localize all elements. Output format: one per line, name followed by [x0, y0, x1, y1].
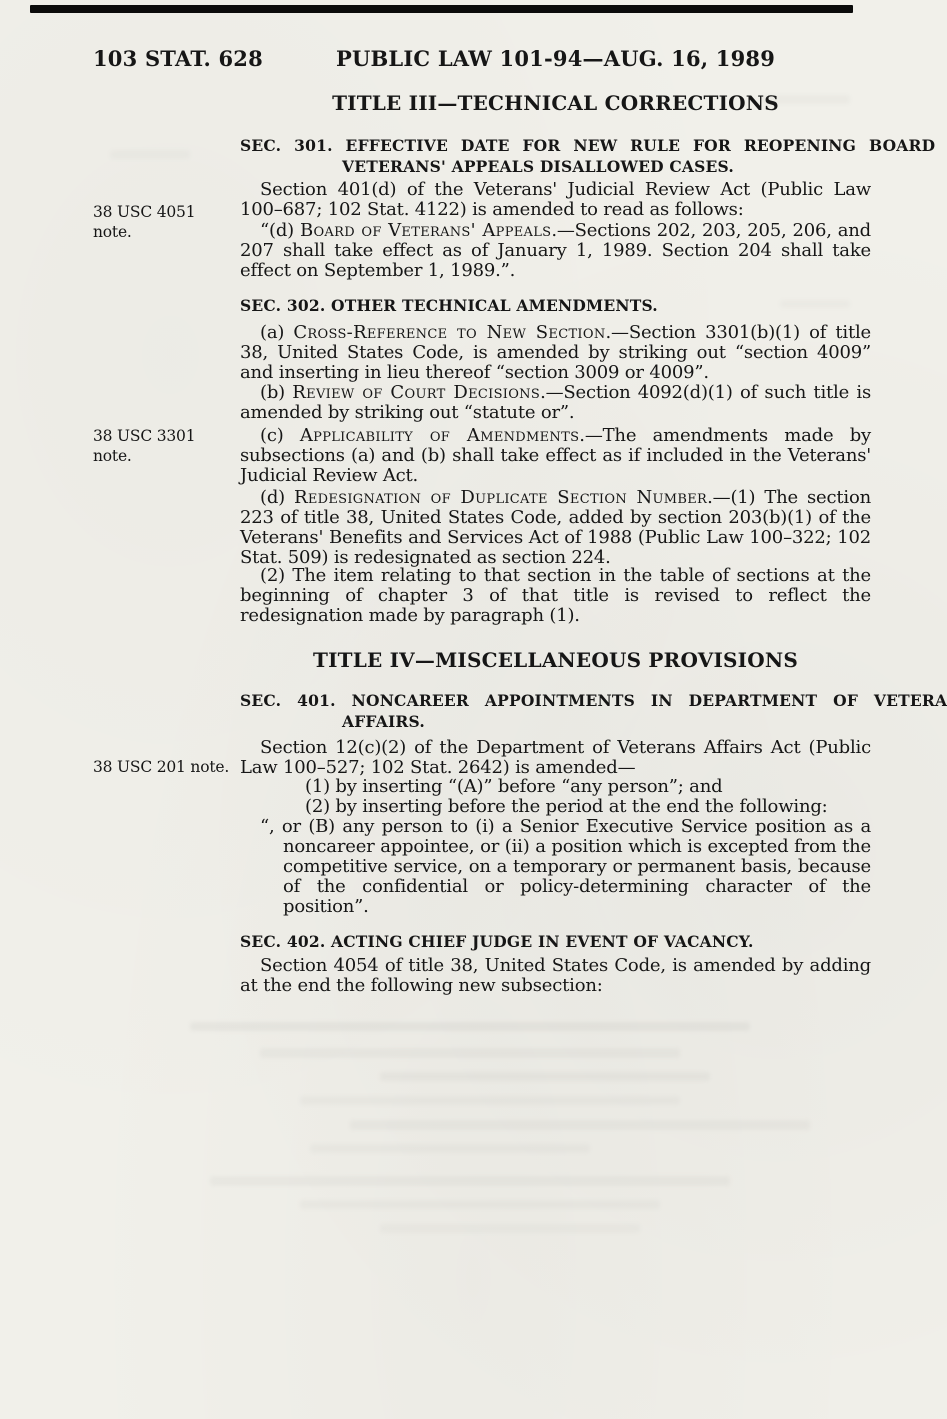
paragraph-lead: (d) — [260, 487, 294, 508]
ghost-smudge — [300, 1200, 660, 1209]
sec-402-heading: SEC. 402. ACTING CHIEF JUDGE IN EVENT OF… — [240, 931, 871, 952]
ghost-smudge — [380, 1224, 640, 1233]
sec-302-heading: SEC. 302. OTHER TECHNICAL AMENDMENTS. — [240, 295, 871, 316]
margin-note-usc-201: 38 USC 201 note. — [93, 757, 253, 777]
sec-302-paragraph-c: (c) Applicability of Amendments.—The ame… — [240, 426, 871, 486]
sec-302-paragraph-d: (d) Redesignation of Duplicate Section N… — [240, 488, 871, 568]
small-caps-phrase: Applicability of Amendments — [300, 425, 579, 446]
ghost-smudge — [310, 1144, 590, 1153]
small-caps-phrase: Cross-Reference to New Section — [293, 322, 605, 343]
scan-edge-bar — [30, 5, 853, 13]
paragraph-lead: (a) — [260, 322, 293, 343]
sec-302-paragraph-d2: (2) The item relating to that section in… — [240, 566, 871, 626]
sec-401-item-2: (2) by inserting before the period at th… — [240, 797, 936, 817]
statute-page: 103 STAT. 628 PUBLIC LAW 101-94—AUG. 16,… — [0, 0, 947, 1419]
ghost-smudge — [300, 1096, 680, 1105]
ghost-smudge — [210, 1176, 730, 1186]
ghost-smudge — [780, 300, 850, 308]
ghost-smudge — [760, 95, 850, 104]
sec-401-heading: SEC. 401. NONCAREER APPOINTMENTS IN DEPA… — [240, 690, 947, 732]
public-law-running-head: PUBLIC LAW 101-94—AUG. 16, 1989 — [240, 46, 871, 71]
small-caps-phrase: Review of Court Decisions — [292, 382, 540, 403]
margin-note-line: note. — [93, 446, 238, 466]
sec-301-heading: SEC. 301. EFFECTIVE DATE FOR NEW RULE FO… — [240, 135, 947, 177]
margin-note-line: note. — [93, 222, 238, 242]
sec-302-paragraph-a: (a) Cross-Reference to New Section.—Sect… — [240, 323, 871, 383]
margin-note-line: 38 USC 4051 — [93, 202, 238, 222]
margin-note-line: 38 USC 3301 — [93, 426, 238, 446]
sec-401-paragraph-1: Section 12(c)(2) of the Department of Ve… — [240, 738, 871, 778]
sec-401-item-1: (1) by inserting “(A)” before “any perso… — [240, 777, 936, 797]
ghost-smudge — [260, 1048, 680, 1058]
ghost-smudge — [350, 1120, 810, 1130]
ghost-smudge — [190, 1022, 750, 1031]
margin-note-usc-3301: 38 USC 3301 note. — [93, 426, 238, 466]
margin-note-usc-4051: 38 USC 4051 note. — [93, 202, 238, 242]
small-caps-phrase: Board of Veterans' Appeals — [300, 220, 551, 241]
paragraph-lead: “(d) — [260, 220, 300, 241]
sec-301-paragraph-1: Section 401(d) of the Veterans' Judicial… — [240, 180, 871, 220]
title-iv-heading: TITLE IV—MISCELLANEOUS PROVISIONS — [240, 648, 871, 672]
ghost-smudge — [380, 1072, 710, 1081]
sec-401-quoted-amendment: “, or (B) any person to (i) a Senior Exe… — [283, 817, 871, 917]
sec-301-paragraph-2: “(d) Board of Veterans' Appeals.—Section… — [240, 221, 871, 281]
sec-302-paragraph-b: (b) Review of Court Decisions.—Section 4… — [240, 383, 871, 423]
ghost-smudge — [110, 150, 190, 159]
sec-402-paragraph-1: Section 4054 of title 38, United States … — [240, 956, 871, 996]
small-caps-phrase: Redesignation of Duplicate Section Numbe… — [294, 487, 707, 508]
margin-note-line: 38 USC 201 note. — [93, 757, 253, 777]
stat-page-number: 103 STAT. 628 — [93, 46, 263, 71]
paragraph-lead: (c) — [260, 425, 300, 446]
paragraph-lead: (b) — [260, 382, 292, 403]
